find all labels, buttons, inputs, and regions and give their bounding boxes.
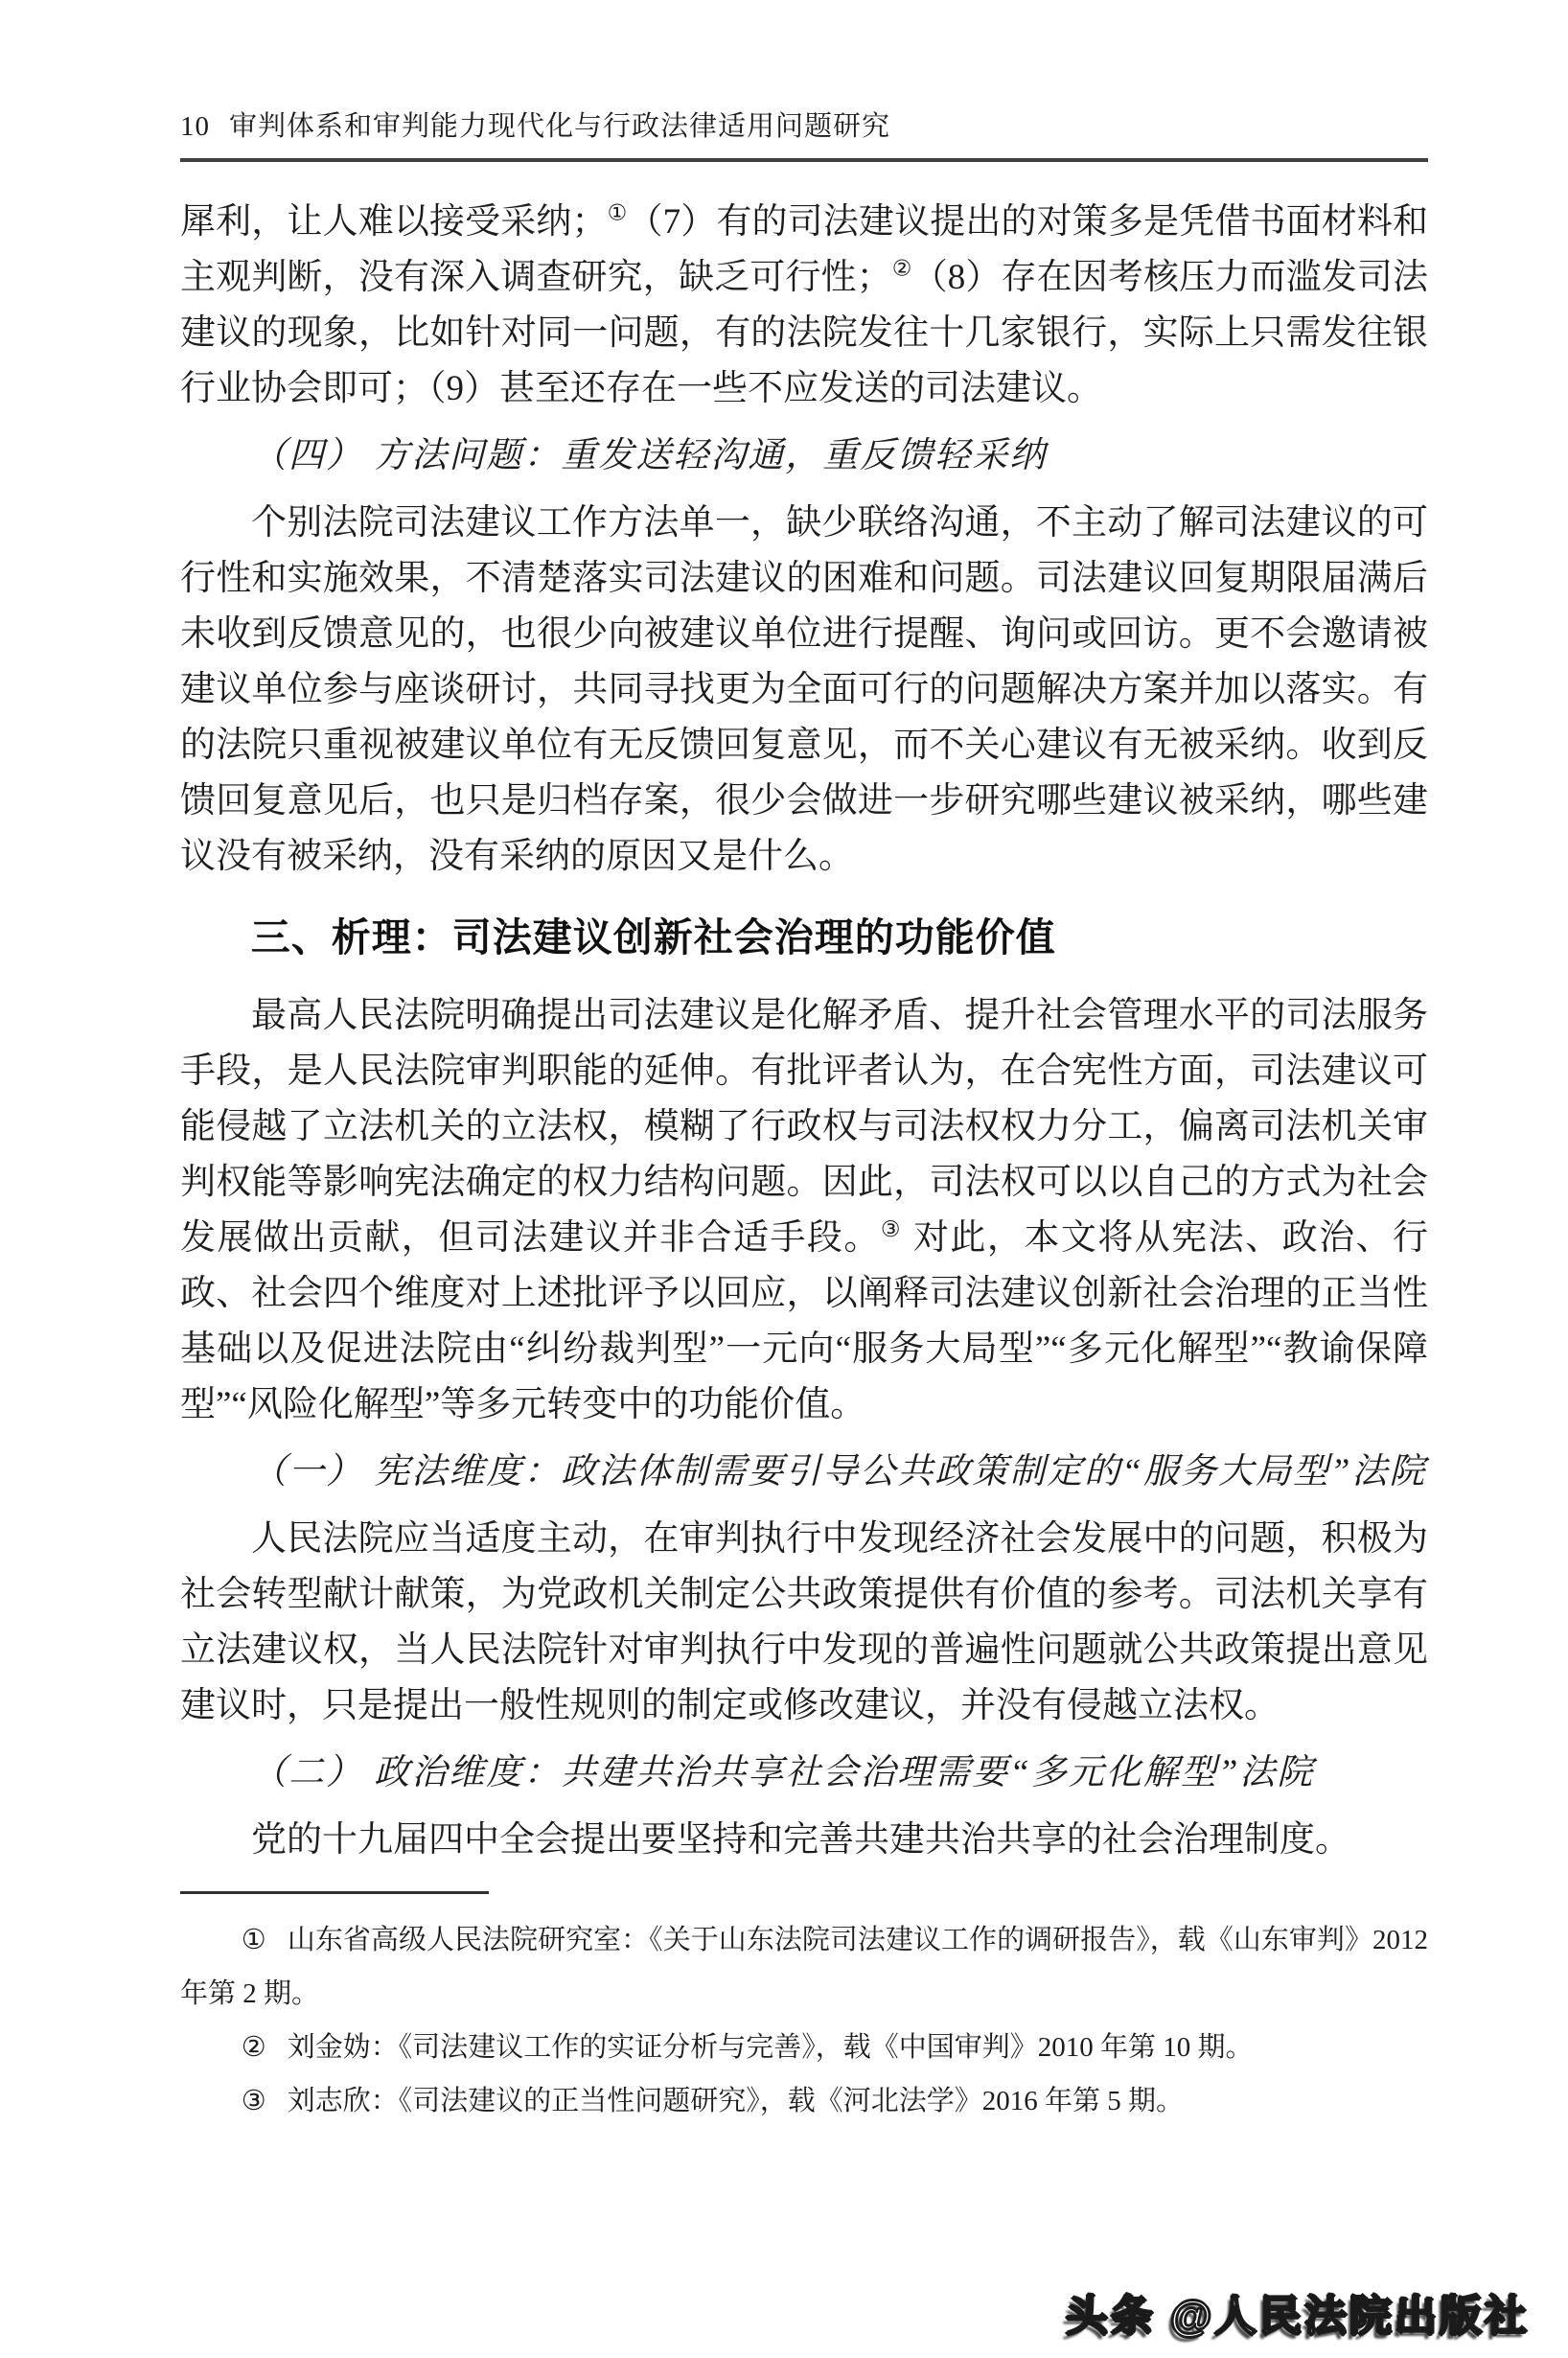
paragraph-method-problem: 个别法院司法建议工作方法单一，缺少联络沟通，不主动了解司法建议的可行性和实施效果… xyxy=(180,496,1428,885)
section-heading-three: 三、析理：司法建议创新社会治理的功能价值 xyxy=(180,910,1428,965)
footnote-ref-3: ③ xyxy=(881,1217,902,1241)
footnote-ref-1: ① xyxy=(608,201,628,225)
paragraph-text: 犀利，让人难以接受采纳； xyxy=(180,202,608,242)
page-body: 犀利，让人难以接受采纳；①（7）有的司法建议提出的对策多是凭借书面材料和主观判断… xyxy=(180,195,1428,1868)
footnote-1: ①山东省高级人民法院研究室：《关于山东法院司法建议工作的调研报告》，载《山东审判… xyxy=(180,1913,1428,2021)
subsection-heading-four: （四） 方法问题：重发送轻沟通，重反馈轻采纳 xyxy=(180,428,1428,484)
toutiao-watermark: 头条 @人民法院出版社 xyxy=(1066,2281,1530,2343)
footnote-marker: ② xyxy=(242,2032,266,2063)
footnote-list: ①山东省高级人民法院研究室：《关于山东法院司法建议工作的调研报告》，载《山东审判… xyxy=(180,1913,1428,2128)
footnote-marker: ① xyxy=(242,1925,266,1955)
footnote-3: ③刘志欣：《司法建议的正当性问题研究》，载《河北法学》2016 年第 5 期。 xyxy=(180,2074,1428,2128)
footnote-separator xyxy=(180,1891,489,1894)
subsection-heading-two: （二） 政治维度：共建共治共享社会治理需要“多元化解型”法院 xyxy=(180,1745,1428,1801)
footnote-marker: ③ xyxy=(242,2086,266,2116)
paragraph-continuation: 犀利，让人难以接受采纳；①（7）有的司法建议提出的对策多是凭借书面材料和主观判断… xyxy=(180,195,1428,417)
footnotes-section: ①山东省高级人民法院研究室：《关于山东法院司法建议工作的调研报告》，载《山东审判… xyxy=(180,1891,1428,2128)
page-number: 10 xyxy=(180,111,210,142)
running-title: 审判体系和审判能力现代化与行政法律适用问题研究 xyxy=(229,111,890,142)
paragraph-analysis: 最高人民法院明确提出司法建议是化解矛盾、提升社会管理水平的司法服务手段，是人民法… xyxy=(180,988,1428,1433)
footnote-text: 刘志欣：《司法建议的正当性问题研究》，载《河北法学》2016 年第 5 期。 xyxy=(288,2086,1184,2116)
header-rule xyxy=(180,158,1428,162)
running-head: 10审判体系和审判能力现代化与行政法律适用问题研究 xyxy=(180,107,1428,146)
paragraph-constitution-dimension: 人民法院应当适度主动，在审判执行中发现经济社会发展中的问题，积极为社会转型献计献… xyxy=(180,1512,1428,1734)
footnote-text: 刘金妫：《司法建议工作的实证分析与完善》，载《中国审判》2010 年第 10 期… xyxy=(288,2032,1254,2063)
footnote-ref-2: ② xyxy=(892,257,912,281)
paragraph-politics-dimension: 党的十九届四中全会提出要坚持和完善共建共治共享的社会治理制度。 xyxy=(180,1813,1428,1868)
page-header: 10审判体系和审判能力现代化与行政法律适用问题研究 xyxy=(180,0,1428,162)
footnote-2: ②刘金妫：《司法建议工作的实证分析与完善》，载《中国审判》2010 年第 10 … xyxy=(180,2021,1428,2074)
footnote-text: 山东省高级人民法院研究室：《关于山东法院司法建议工作的调研报告》，载《山东审判》… xyxy=(180,1925,1428,2009)
book-page: 10审判体系和审判能力现代化与行政法律适用问题研究 犀利，让人难以接受采纳；①（… xyxy=(0,0,1568,2358)
subsection-heading-one: （一） 宪法维度：政法体制需要引导公共政策制定的“服务大局型”法院 xyxy=(180,1445,1428,1500)
